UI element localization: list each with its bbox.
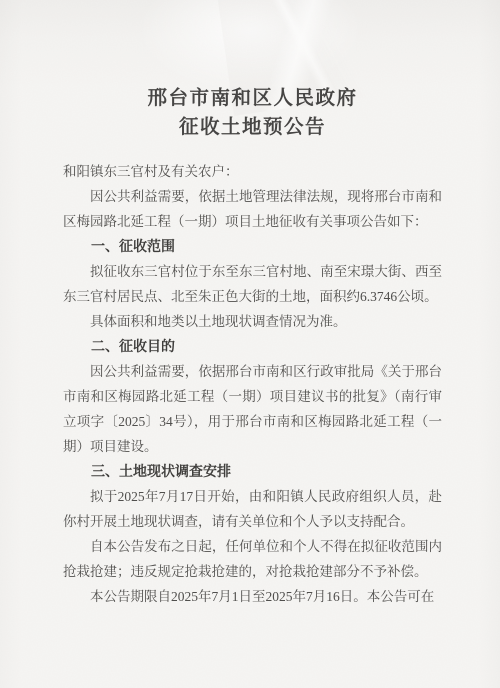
purpose-paragraph: 因公共利益需要，依据邢台市南和区行政审批局《关于邢台市南和区梅园路北延工程（一期… <box>63 359 442 459</box>
scanned-page: 邢台市南和区人民政府 征收土地预公告 和阳镇东三官村及有关农户： 因公共利益需要… <box>0 0 500 688</box>
announcement-document: 邢台市南和区人民政府 征收土地预公告 和阳镇东三官村及有关农户： 因公共利益需要… <box>63 84 442 609</box>
no-rush-construction-paragraph: 自本公告发布之日起，任何单位和个人不得在拟征收范围内抢栽抢建；违反规定抢栽抢建的… <box>63 534 442 584</box>
intro-paragraph: 因公共利益需要，依据土地管理法律法规，现将邢台市南和区梅园路北延工程（一期）项目… <box>63 184 442 234</box>
section-heading-scope: 一、征收范围 <box>63 234 442 259</box>
title-line-issuer: 邢台市南和区人民政府 <box>63 84 442 113</box>
survey-start-paragraph: 拟于2025年7月17日开始，由和阳镇人民政府组织人员，赴你村开展土地现状调查，… <box>63 484 442 534</box>
document-title: 邢台市南和区人民政府 征收土地预公告 <box>63 84 442 142</box>
scope-paragraph-boundaries: 拟征收东三官村位于东至东三官村地、南至宋璟大街、西至东三官村居民点、北至朱正色大… <box>63 259 442 309</box>
title-line-subject: 征收土地预公告 <box>63 113 442 142</box>
salutation: 和阳镇东三官村及有关农户： <box>63 159 442 184</box>
announcement-period-paragraph: 本公告期限自2025年7月1日至2025年7月16日。本公告可在 <box>63 584 442 609</box>
section-heading-survey-arrangement: 三、土地现状调查安排 <box>63 459 442 484</box>
section-heading-purpose: 二、征收目的 <box>63 334 442 359</box>
scope-paragraph-survey-basis: 具体面积和地类以土地现状调查情况为准。 <box>63 309 442 334</box>
